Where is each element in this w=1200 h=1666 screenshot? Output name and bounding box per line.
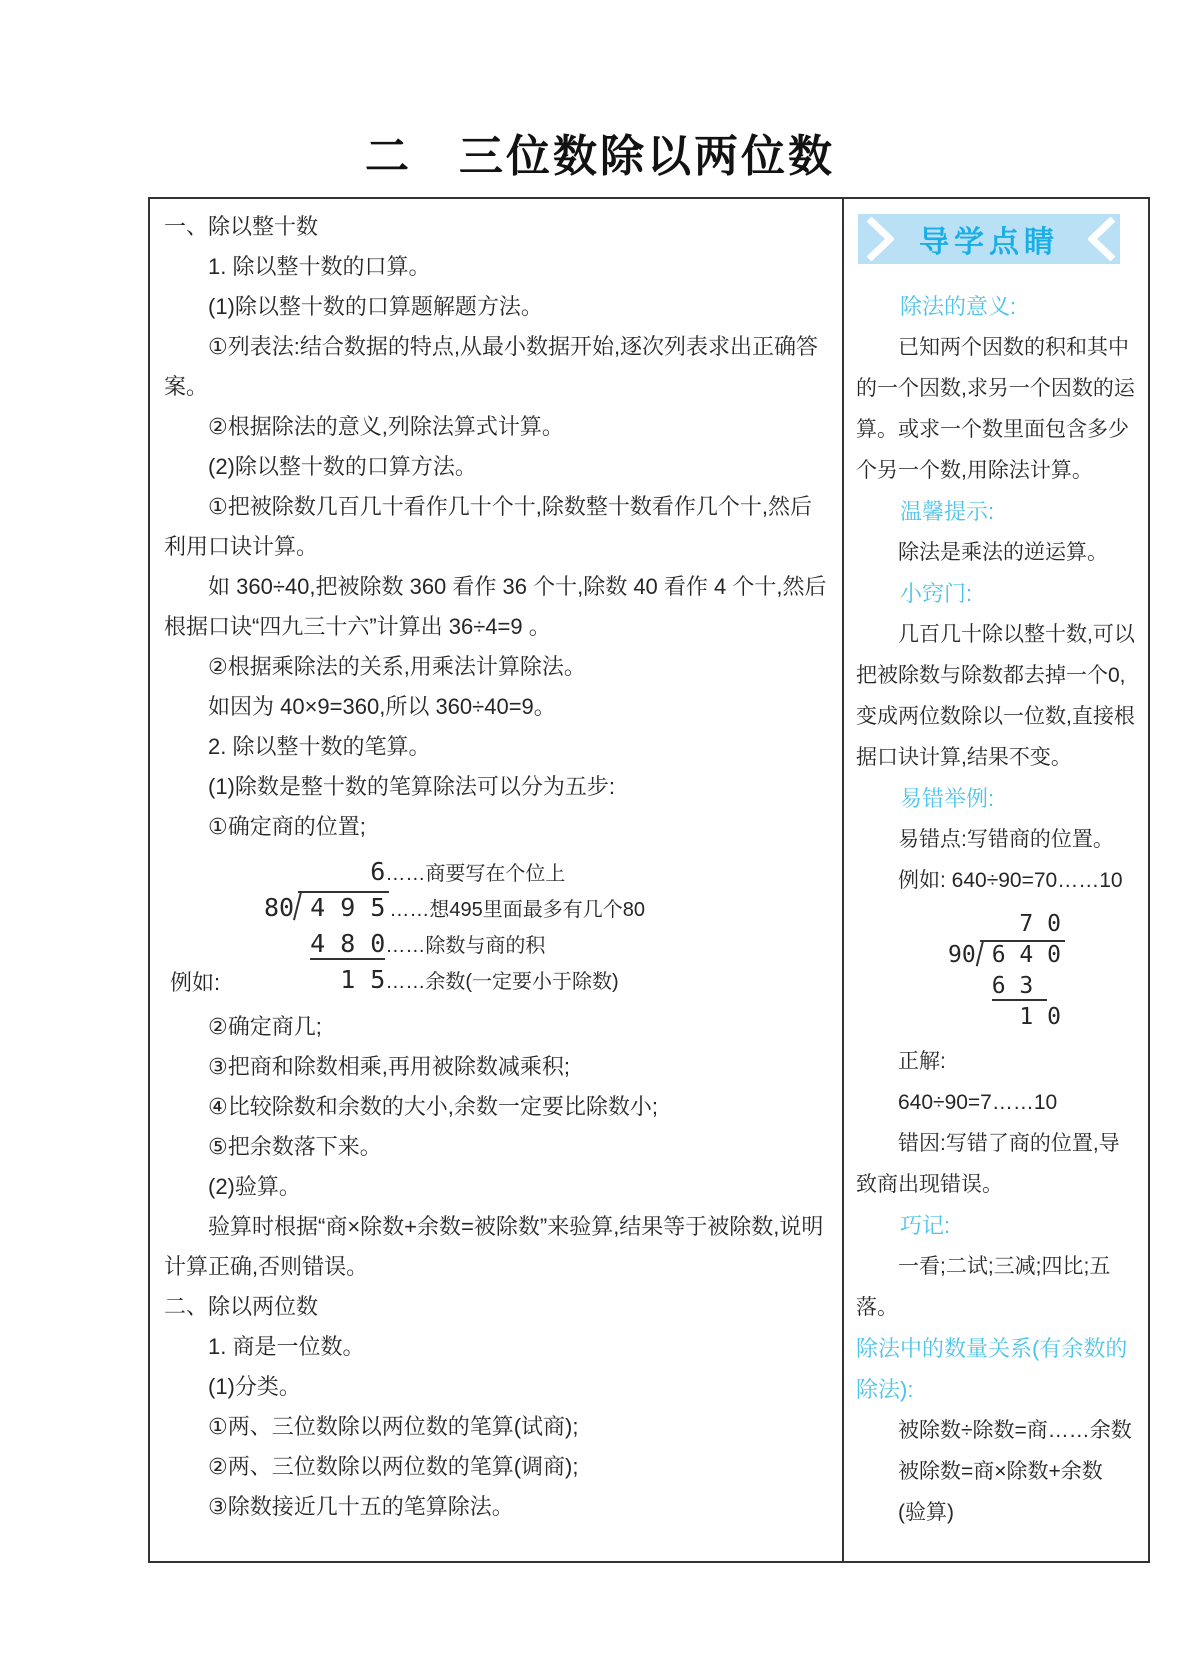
- paragraph: (2)验算。: [164, 1167, 828, 1207]
- dividend-digits: 4 9 5: [298, 891, 389, 922]
- paragraph: ①两、三位数除以两位数的笔算(试商);: [164, 1407, 828, 1447]
- paragraph: (1)分类。: [164, 1367, 828, 1407]
- sidebar-heading-relation: 除法中的数量关系(有余数的除法):: [856, 1328, 1136, 1410]
- sidebar-heading-tip: 温馨提示:: [856, 491, 1136, 532]
- sidebar-text: 正解:: [856, 1041, 1136, 1082]
- paragraph: ②确定商几;: [164, 1007, 828, 1047]
- divisor-digits: 90: [948, 942, 980, 968]
- paragraph: (1)除以整十数的口算题解题方法。: [164, 287, 828, 327]
- sidebar-text: 例如: 640÷90=70……10: [856, 860, 1136, 901]
- section-heading: 二、除以两位数: [164, 1287, 828, 1327]
- paragraph: ④比较除数和余数的大小,余数一定要比除数小;: [164, 1087, 828, 1127]
- page-title: 二 三位数除以两位数: [0, 120, 1200, 184]
- dividend-row: 804 9 5……想495里面最多有几个80: [264, 891, 828, 927]
- figure-label: 例如:: [170, 966, 220, 997]
- remainder-note: ……余数(一定要小于除数): [385, 971, 618, 993]
- quotient-row: 7 0: [948, 909, 1136, 940]
- sidebar-text: 一看;二试;三减;四比;五落。: [856, 1246, 1136, 1328]
- product-row: 4 8 0……除数与商的积: [264, 927, 828, 963]
- sidebar-heading-mnemonic: 巧记:: [856, 1205, 1136, 1246]
- paragraph: ②两、三位数除以两位数的笔算(调商);: [164, 1447, 828, 1487]
- paragraph: ②根据乘除法的关系,用乘法计算除法。: [164, 647, 828, 687]
- sidebar-heading-trick: 小窍门:: [856, 573, 1136, 614]
- sidebar-heading-mistake: 易错举例:: [856, 778, 1136, 819]
- paragraph: ①列表法:结合数据的特点,从最小数据开始,逐次列表求出正确答案。: [164, 327, 828, 407]
- main-notes-column: 一、除以整十数 1. 除以整十数的口算。 (1)除以整十数的口算题解题方法。 ①…: [150, 199, 842, 1561]
- sidebar-text: 易错点:写错商的位置。: [856, 819, 1136, 860]
- quotient-digits: 6: [370, 857, 385, 886]
- quotient-note: ……商要写在个位上: [385, 863, 565, 885]
- paragraph: ③除数接近几十五的笔算除法。: [164, 1487, 828, 1527]
- sidebar-text: 640÷90=7……10: [856, 1082, 1136, 1123]
- sidebar-banner-title: 导学点睛: [919, 217, 1059, 261]
- sidebar-banner: 导学点睛: [858, 214, 1120, 264]
- sidebar-text: 几百几十除以整十数,可以把被除数与除数都去掉一个0,变成两位数除以一位数,直接根…: [856, 614, 1136, 778]
- remainder-digits: 1 5: [340, 965, 385, 994]
- paragraph: 1. 商是一位数。: [164, 1327, 828, 1367]
- dividend-digits: 6 4 0: [980, 940, 1065, 968]
- product-row: 6 3: [948, 971, 1136, 1002]
- dividend-note: ……想495里面最多有几个80: [389, 899, 645, 921]
- paragraph: ③把商和除数相乘,再用被除数减乘积;: [164, 1047, 828, 1087]
- sidebar-column: 导学点睛 除法的意义: 已知两个因数的积和其中的一个因数,求另一个因数的运算。或…: [842, 199, 1148, 1561]
- remainder-row: 1 0: [948, 1002, 1136, 1033]
- sidebar-heading-meaning: 除法的意义:: [856, 286, 1136, 327]
- product-digits: 4 8 0: [310, 929, 385, 960]
- content-box: 一、除以整十数 1. 除以整十数的口算。 (1)除以整十数的口算题解题方法。 ①…: [148, 197, 1150, 1563]
- section-heading: 一、除以整十数: [164, 207, 828, 247]
- sidebar-text: 被除数÷除数=商……余数: [856, 1410, 1136, 1451]
- paragraph: 验算时根据“商×除数+余数=被除数”来验算,结果等于被除数,说明计算正确,否则错…: [164, 1207, 828, 1287]
- sidebar-text: 被除数=商×除数+余数: [856, 1451, 1136, 1492]
- paragraph: ②根据除法的意义,列除法算式计算。: [164, 407, 828, 447]
- paragraph: (1)除数是整十数的笔算除法可以分为五步:: [164, 767, 828, 807]
- product-digits: 6 3: [992, 973, 1047, 1001]
- product-note: ……除数与商的积: [385, 935, 545, 957]
- paragraph: ①确定商的位置;: [164, 807, 828, 847]
- chevron-right-icon: [866, 217, 894, 261]
- remainder-digits: 1 0: [1019, 1004, 1061, 1030]
- dividend-row: 906 4 0: [948, 940, 1136, 971]
- quotient-row: 6……商要写在个位上: [264, 855, 828, 891]
- remainder-row: 1 5……余数(一定要小于除数): [264, 963, 828, 999]
- long-division-figure-495-80: 例如: 6……商要写在个位上 804 9 5……想495里面最多有几个80 4 …: [164, 855, 828, 999]
- paragraph: 如因为 40×9=360,所以 360÷40=9。: [164, 687, 828, 727]
- paragraph: (2)除以整十数的口算方法。: [164, 447, 828, 487]
- paragraph: 如 360÷40,把被除数 360 看作 36 个十,除数 40 看作 4 个十…: [164, 567, 828, 647]
- sidebar-text: 除法是乘法的逆运算。: [856, 532, 1136, 573]
- sidebar-text: (验算): [856, 1492, 1136, 1533]
- paragraph: ①把被除数几百几十看作几十个十,除数整十数看作几个十,然后利用口诀计算。: [164, 487, 828, 567]
- long-division-figure-640-90: 7 0 906 4 0 6 3 1 0: [856, 909, 1136, 1033]
- chevron-left-icon: [1088, 217, 1116, 261]
- sidebar-text: 错因:写错了商的位置,导致商出现错误。: [856, 1123, 1136, 1205]
- paragraph: ⑤把余数落下来。: [164, 1127, 828, 1167]
- paragraph: 2. 除以整十数的笔算。: [164, 727, 828, 767]
- sidebar-text: 已知两个因数的积和其中的一个因数,求另一个因数的运算。或求一个数里面包含多少个另…: [856, 327, 1136, 491]
- quotient-digits: 7 0: [1019, 911, 1061, 937]
- paragraph: 1. 除以整十数的口算。: [164, 247, 828, 287]
